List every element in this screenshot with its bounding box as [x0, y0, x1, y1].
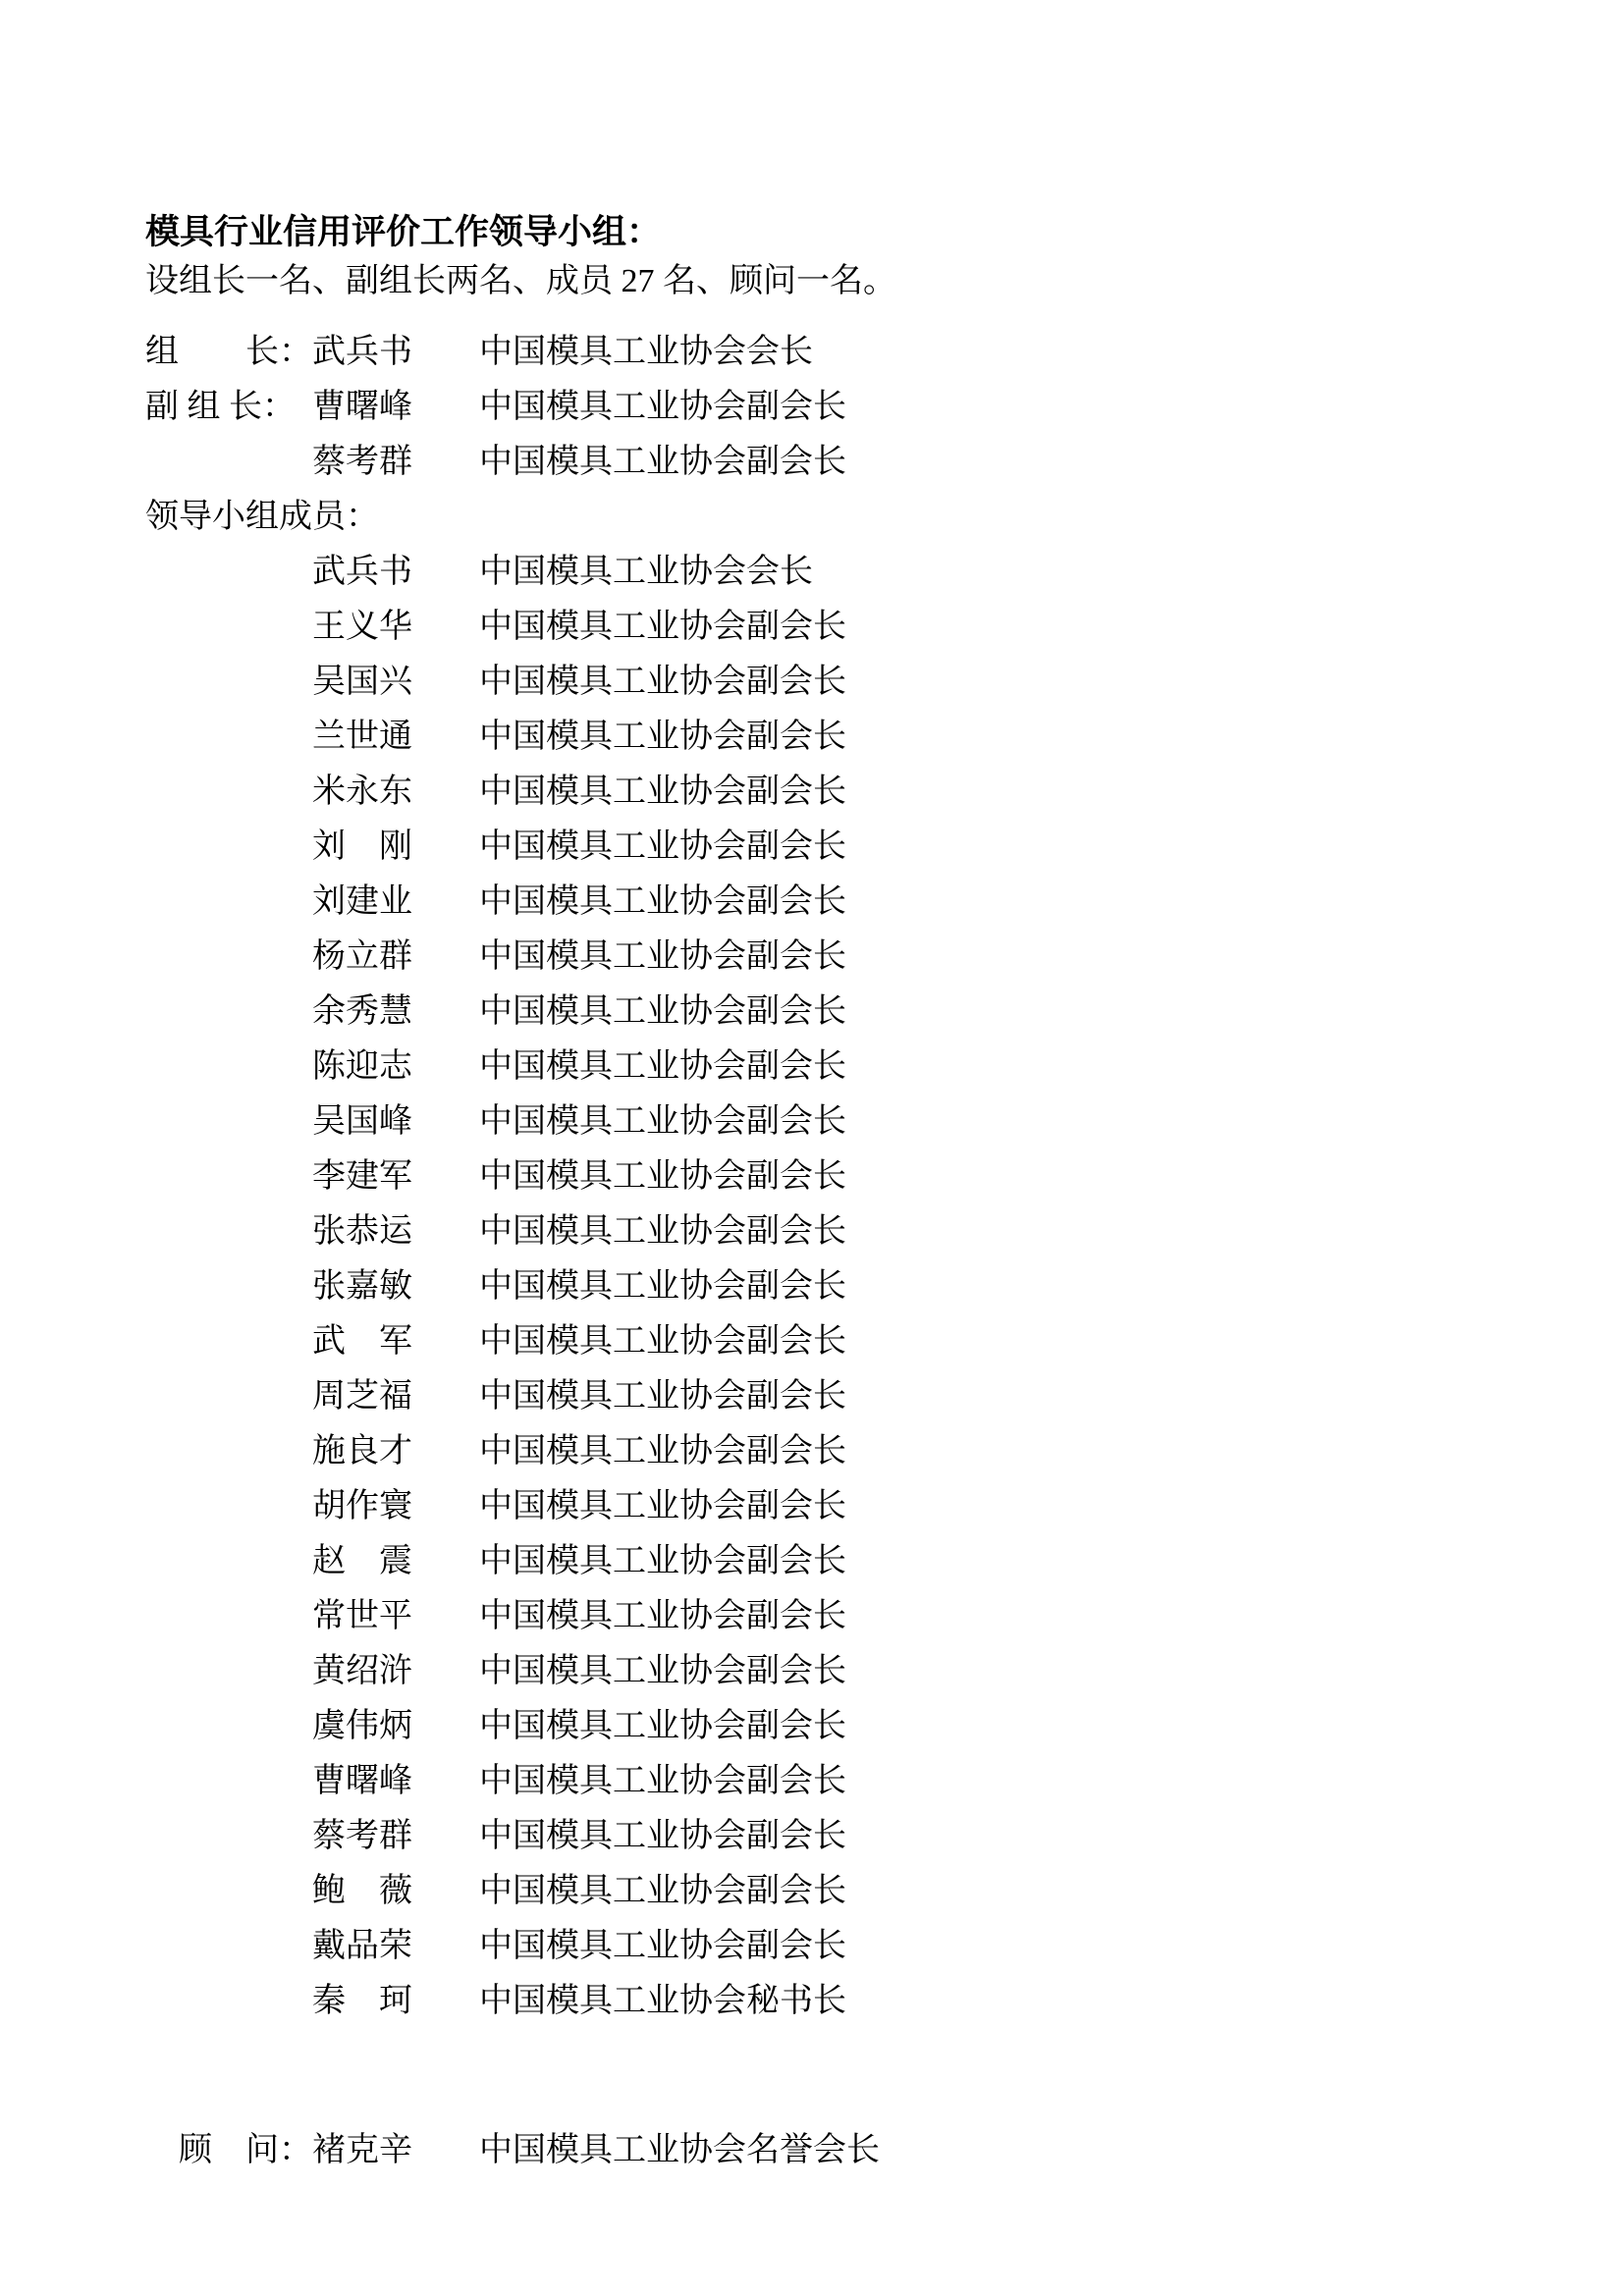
- person-row: 杨立群 中国模具工业协会副会长: [145, 925, 1304, 980]
- person-position: 中国模具工业协会副会长: [479, 654, 846, 702]
- person-position: 中国模具工业协会副会长: [479, 1588, 846, 1636]
- person-name: 武兵书: [312, 324, 479, 372]
- person-name: 周芝福: [312, 1368, 479, 1416]
- person-row: 张嘉敏 中国模具工业协会副会长: [145, 1255, 1304, 1309]
- person-row: 黄绍浒 中国模具工业协会副会长: [145, 1639, 1304, 1694]
- person-row: 米永东 中国模具工业协会副会长: [145, 760, 1304, 815]
- person-name: 鲍 薇: [312, 1863, 479, 1911]
- person-position: 中国模具工业协会会长: [479, 544, 813, 592]
- person-row: 吴国峰 中国模具工业协会副会长: [145, 1090, 1304, 1145]
- members-heading: 领导小组成员：: [145, 485, 1304, 540]
- person-name: 曹曙峰: [312, 1753, 479, 1801]
- person-name: 黄绍浒: [312, 1643, 479, 1691]
- members-list: 武兵书 中国模具工业协会会长 王义华 中国模具工业协会副会长 吴国兴 中国模具工…: [145, 540, 1304, 2024]
- person-position: 中国模具工业协会副会长: [479, 1478, 846, 1526]
- person-position: 中国模具工业协会秘书长: [479, 1973, 846, 2021]
- document-page: 模具行业信用评价工作领导小组： 设组长一名、副组长两名、成员 27 名、顾问一名…: [0, 0, 1624, 2296]
- advisor-row: 顾 问： 褚克辛 中国模具工业协会名誉会长: [145, 2118, 1304, 2173]
- person-row: 鲍 薇 中国模具工业协会副会长: [145, 1859, 1304, 1914]
- person-row: 李建军 中国模具工业协会副会长: [145, 1145, 1304, 1200]
- person-row: 武 军 中国模具工业协会副会长: [145, 1309, 1304, 1364]
- person-row: 刘 刚 中国模具工业协会副会长: [145, 815, 1304, 870]
- person-name: 赵 震: [312, 1533, 479, 1581]
- leadership-list: 组 长： 武兵书 中国模具工业协会会长 副 组 长： 曹曙峰 中国模具工业协会副…: [145, 320, 1304, 485]
- person-name: 刘建业: [312, 874, 479, 922]
- person-row: 蔡考群 中国模具工业协会副会长: [145, 430, 1304, 485]
- person-row: 刘建业 中国模具工业协会副会长: [145, 870, 1304, 925]
- person-position: 中国模具工业协会副会长: [479, 819, 846, 867]
- document-content: 模具行业信用评价工作领导小组： 设组长一名、副组长两名、成员 27 名、顾问一名…: [145, 208, 1304, 2173]
- person-position: 中国模具工业协会副会长: [479, 1148, 846, 1197]
- person-name: 李建军: [312, 1148, 479, 1197]
- person-row: 赵 震 中国模具工业协会副会长: [145, 1529, 1304, 1584]
- person-row: 兰世通 中国模具工业协会副会长: [145, 705, 1304, 760]
- person-position: 中国模具工业协会副会长: [479, 1094, 846, 1142]
- person-position: 中国模具工业协会副会长: [479, 1258, 846, 1307]
- person-name: 常世平: [312, 1588, 479, 1636]
- person-name: 吴国峰: [312, 1094, 479, 1142]
- person-row: 施良才 中国模具工业协会副会长: [145, 1419, 1304, 1474]
- person-row: 秦 珂 中国模具工业协会秘书长: [145, 1969, 1304, 2024]
- person-row: 周芝福 中国模具工业协会副会长: [145, 1364, 1304, 1419]
- person-row: 吴国兴 中国模具工业协会副会长: [145, 650, 1304, 705]
- person-position: 中国模具工业协会副会长: [479, 929, 846, 977]
- person-name: 蔡考群: [312, 434, 479, 482]
- person-name: 陈迎志: [312, 1039, 479, 1087]
- person-row: 常世平 中国模具工业协会副会长: [145, 1584, 1304, 1639]
- person-position: 中国模具工业协会副会长: [479, 1698, 846, 1746]
- person-name: 胡作寰: [312, 1478, 479, 1526]
- person-name: 戴品荣: [312, 1918, 479, 1966]
- person-position: 中国模具工业协会副会长: [479, 874, 846, 922]
- person-name: 武 军: [312, 1313, 479, 1362]
- person-position: 中国模具工业协会副会长: [479, 1753, 846, 1801]
- person-position: 中国模具工业协会副会长: [479, 764, 846, 812]
- person-row: 虞伟炳 中国模具工业协会副会长: [145, 1694, 1304, 1749]
- person-row: 王义华 中国模具工业协会副会长: [145, 595, 1304, 650]
- advisor-position: 中国模具工业协会名誉会长: [479, 2122, 880, 2170]
- person-name: 秦 珂: [312, 1973, 479, 2021]
- person-row: 张恭运 中国模具工业协会副会长: [145, 1200, 1304, 1255]
- person-role-label: 副 组 长：: [145, 379, 312, 427]
- document-intro: 设组长一名、副组长两名、成员 27 名、顾问一名。: [145, 257, 1304, 306]
- document-title: 模具行业信用评价工作领导小组：: [145, 208, 1304, 257]
- person-name: 米永东: [312, 764, 479, 812]
- person-name: 吴国兴: [312, 654, 479, 702]
- person-role-label: 组 长：: [145, 324, 312, 372]
- person-row: 戴品荣 中国模具工业协会副会长: [145, 1914, 1304, 1969]
- advisor-name: 褚克辛: [312, 2122, 479, 2170]
- person-name: 曹曙峰: [312, 379, 479, 427]
- person-position: 中国模具工业协会副会长: [479, 1039, 846, 1087]
- person-row: 副 组 长： 曹曙峰 中国模具工业协会副会长: [145, 375, 1304, 430]
- person-position: 中国模具工业协会副会长: [479, 1808, 846, 1856]
- person-position: 中国模具工业协会副会长: [479, 1203, 846, 1252]
- person-position: 中国模具工业协会副会长: [479, 1313, 846, 1362]
- person-row: 组 长： 武兵书 中国模具工业协会会长: [145, 320, 1304, 375]
- person-position: 中国模具工业协会副会长: [479, 1918, 846, 1966]
- person-position: 中国模具工业协会副会长: [479, 1863, 846, 1911]
- person-row: 陈迎志 中国模具工业协会副会长: [145, 1035, 1304, 1090]
- person-name: 兰世通: [312, 709, 479, 757]
- advisor-role-label: 顾 问：: [179, 2122, 312, 2170]
- person-position: 中国模具工业协会副会长: [479, 1533, 846, 1581]
- person-name: 张嘉敏: [312, 1258, 479, 1307]
- person-name: 虞伟炳: [312, 1698, 479, 1746]
- person-row: 曹曙峰 中国模具工业协会副会长: [145, 1749, 1304, 1804]
- person-position: 中国模具工业协会副会长: [479, 1368, 846, 1416]
- person-position: 中国模具工业协会副会长: [479, 1423, 846, 1471]
- person-name: 施良才: [312, 1423, 479, 1471]
- person-row: 余秀慧 中国模具工业协会副会长: [145, 980, 1304, 1035]
- person-name: 武兵书: [312, 544, 479, 592]
- person-position: 中国模具工业协会副会长: [479, 599, 846, 647]
- person-row: 武兵书 中国模具工业协会会长: [145, 540, 1304, 595]
- person-row: 胡作寰 中国模具工业协会副会长: [145, 1474, 1304, 1529]
- person-position: 中国模具工业协会副会长: [479, 434, 846, 482]
- person-name: 刘 刚: [312, 819, 479, 867]
- person-name: 杨立群: [312, 929, 479, 977]
- person-name: 王义华: [312, 599, 479, 647]
- person-name: 蔡考群: [312, 1808, 479, 1856]
- person-position: 中国模具工业协会副会长: [479, 1643, 846, 1691]
- person-name: 张恭运: [312, 1203, 479, 1252]
- person-name: 余秀慧: [312, 984, 479, 1032]
- person-row: 蔡考群 中国模具工业协会副会长: [145, 1804, 1304, 1859]
- person-position: 中国模具工业协会副会长: [479, 709, 846, 757]
- person-position: 中国模具工业协会副会长: [479, 984, 846, 1032]
- person-position: 中国模具工业协会副会长: [479, 379, 846, 427]
- person-position: 中国模具工业协会会长: [479, 324, 813, 372]
